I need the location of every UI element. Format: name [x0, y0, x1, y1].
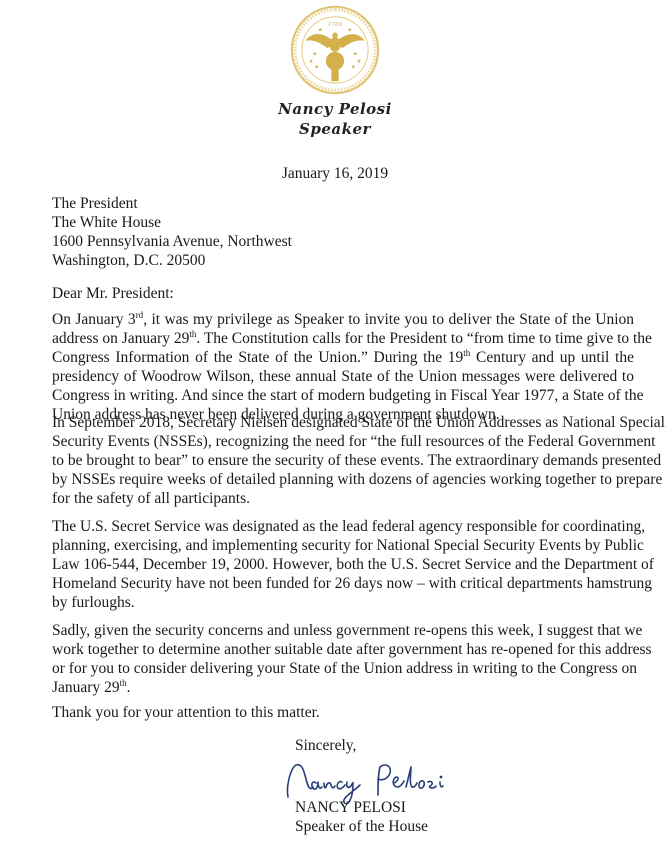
letter-date: January 16, 2019	[0, 165, 670, 183]
paragraph-line: to be brought to bear” to ensure the sec…	[52, 451, 634, 470]
paragraph-line: planning, exercising, and implementing s…	[52, 536, 634, 555]
paragraph-line: by furloughs.	[52, 593, 634, 612]
house-seal-icon: ★ ★ ★ ★ ★ ★ ★ ★ 1789	[289, 4, 381, 96]
signer-title: Speaker of the House	[295, 818, 428, 836]
paragraph-line: Congress Information of the State of the…	[52, 348, 634, 367]
ordinal-suffix: th	[120, 678, 127, 688]
ordinal-suffix: th	[189, 329, 196, 339]
paragraph-line: presidency of Woodrow Wilson, these annu…	[52, 367, 634, 386]
closing-remark: Thank you for your attention to this mat…	[52, 704, 320, 722]
address-line: The President	[52, 194, 292, 213]
letterhead-title: Speaker	[0, 120, 670, 138]
body-paragraph: The U.S. Secret Service was designated a…	[52, 517, 634, 612]
closing: Sincerely,	[295, 737, 356, 755]
ordinal-suffix: th	[463, 348, 470, 358]
signer-name: NANCY PELOSI	[295, 799, 406, 817]
letterhead-name: Nancy Pelosi	[0, 100, 670, 118]
svg-text:★: ★	[347, 28, 352, 34]
paragraph-line: by NSSEs require weeks of detailed plann…	[52, 470, 634, 489]
svg-text:★: ★	[353, 52, 358, 58]
svg-text:★: ★	[356, 59, 361, 65]
paragraph-line: Homeland Security have not been funded f…	[52, 574, 634, 593]
paragraph-line: address on January 29th. The Constitutio…	[52, 329, 634, 348]
address-line: Washington, D.C. 20500	[52, 251, 292, 270]
paragraph-line: Sadly, given the security concerns and u…	[52, 621, 634, 640]
paragraph-line: Security Events (NSSEs), recognizing the…	[52, 432, 634, 451]
paragraph-line: Law 106-544, December 19, 2000. However,…	[52, 555, 634, 574]
paragraph-line: Congress in writing. And since the start…	[52, 386, 634, 405]
svg-text:1789: 1789	[328, 22, 343, 28]
address-line: The White House	[52, 213, 292, 232]
salutation: Dear Mr. President:	[52, 285, 174, 303]
recipient-address: The President The White House 1600 Penns…	[52, 194, 292, 270]
ordinal-suffix: rd	[136, 310, 144, 320]
paragraph-line: January 29th.	[52, 678, 634, 697]
paragraph-line: In September 2018, Secretary Nielsen des…	[52, 413, 634, 432]
svg-text:★: ★	[312, 52, 317, 58]
body-paragraph: On January 3rd, it was my privilege as S…	[52, 310, 634, 424]
svg-text:★: ★	[314, 64, 319, 70]
body-paragraph: In September 2018, Secretary Nielsen des…	[52, 413, 634, 508]
paragraph-line: work together to determine another suita…	[52, 640, 634, 659]
svg-text:★: ★	[318, 28, 323, 34]
paragraph-line: On January 3rd, it was my privilege as S…	[52, 310, 634, 329]
address-line: 1600 Pennsylvania Avenue, Northwest	[52, 232, 292, 251]
paragraph-line: for the safety of all participants.	[52, 489, 634, 508]
paragraph-line: The U.S. Secret Service was designated a…	[52, 517, 634, 536]
svg-text:★: ★	[351, 64, 356, 70]
body-paragraph: Sadly, given the security concerns and u…	[52, 621, 634, 697]
svg-text:★: ★	[309, 59, 314, 65]
paragraph-line: or for you to consider delivering your S…	[52, 659, 634, 678]
